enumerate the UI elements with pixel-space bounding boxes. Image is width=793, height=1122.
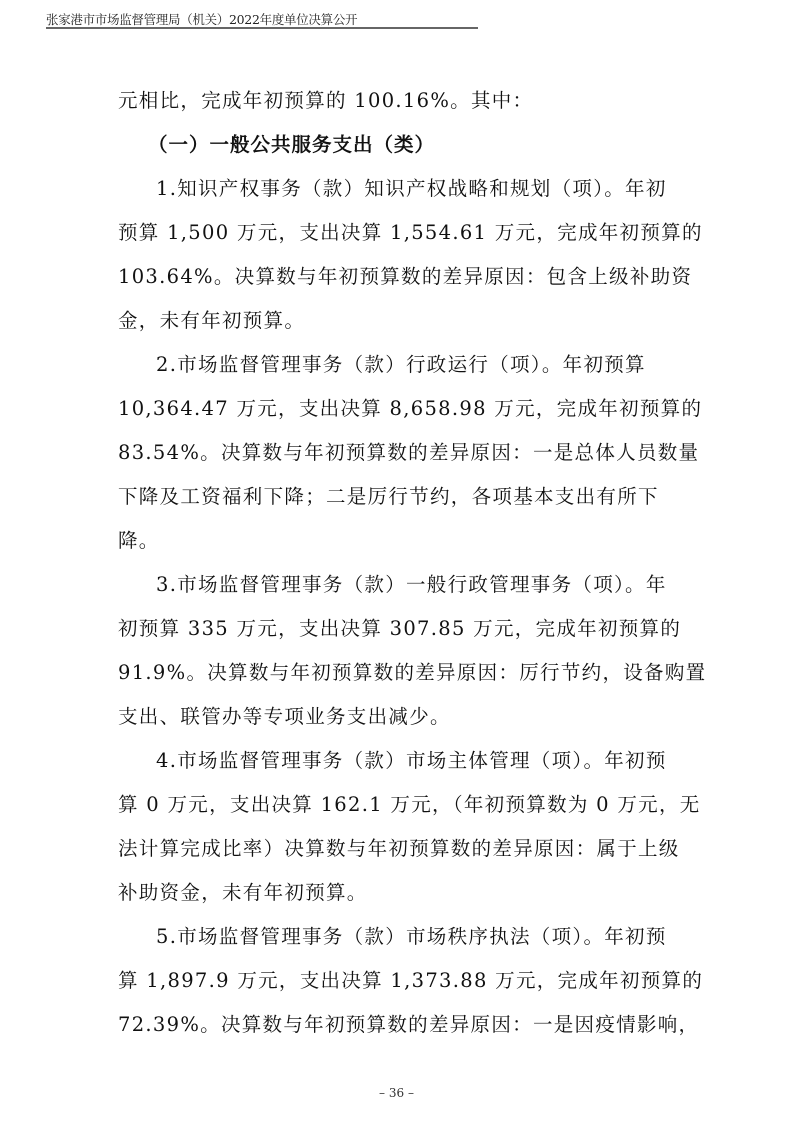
body-text-line: 72.39%。决算数与年初预算数的差异原因：一是因疫情影响，	[118, 1012, 699, 1038]
body-text-line: 初预算 335 万元，支出决算 307.85 万元，完成年初预算的	[118, 616, 681, 642]
body-text-line: 支出、联管办等专项业务支出减少。	[118, 704, 451, 730]
body-text-line: 法计算完成比率）决算数与年初预算数的差异原因：属于上级	[118, 836, 680, 862]
body-text-line: 算 1,897.9 万元，支出决算 1,373.88 万元，完成年初预算的	[118, 968, 703, 994]
body-text-line: 算 0 万元，支出决算 162.1 万元，（年初预算数为 0 万元，无	[118, 792, 701, 818]
section-heading: （一）一般公共服务支出（类）	[148, 132, 435, 158]
body-text-line: 91.9%。决算数与年初预算数的差异原因：厉行节约，设备购置	[118, 660, 706, 686]
body-text-line: 2.市场监督管理事务（款）行政运行（项）。年初预算	[156, 352, 646, 378]
body-text-line: 4.市场监督管理事务（款）市场主体管理（项）。年初预	[156, 748, 667, 774]
body-text-line: 下降及工资福利下降；二是厉行节约，各项基本支出有所下	[118, 484, 659, 510]
page-number: – 36 –	[0, 1086, 793, 1100]
body-text-line: 元相比，完成年初预算的 100.16%。其中：	[118, 88, 533, 114]
body-text-line: 10,364.47 万元，支出决算 8,658.98 万元，完成年初预算的	[118, 396, 702, 422]
body-text-line: 103.64%。决算数与年初预算数的差异原因：包含上级补助资	[118, 264, 692, 290]
header-divider	[46, 27, 478, 29]
body-text-line: 补助资金，未有年初预算。	[118, 880, 368, 906]
body-text-line: 3.市场监督管理事务（款）一般行政管理事务（项）。年	[156, 572, 667, 598]
body-text-line: 降。	[118, 528, 160, 554]
body-text-line: 83.54%。决算数与年初预算数的差异原因：一是总体人员数量	[118, 440, 699, 466]
body-text-line: 预算 1,500 万元，支出决算 1,554.61 万元，完成年初预算的	[118, 220, 703, 246]
body-text-line: 金，未有年初预算。	[118, 308, 305, 334]
document-header: 张家港市市场监督管理局（机关）2022年度单位决算公开	[46, 10, 478, 28]
body-text-line: 5.市场监督管理事务（款）市场秩序执法（项）。年初预	[156, 924, 667, 950]
body-text-line: 1.知识产权事务（款）知识产权战略和规划（项）。年初	[156, 176, 667, 202]
